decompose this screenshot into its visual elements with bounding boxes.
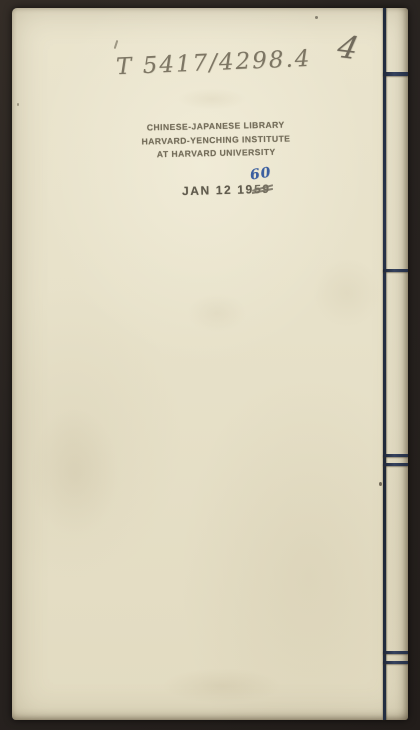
binding-stitch: [383, 72, 408, 76]
date-stamp-text: JAN 12 19: [182, 182, 254, 198]
binding-stitch: [383, 463, 408, 466]
binding-thread-vertical: [383, 8, 386, 720]
binding-stitch: [383, 661, 408, 664]
scan-background: T 5417/4298.4 4 CHINESE-JAPANESE LIBRARY…: [0, 0, 420, 730]
struck-year: 59: [253, 182, 270, 196]
date-stamp: JAN 12 1959: [182, 182, 271, 198]
library-stamp: CHINESE-JAPANESE LIBRARY HARVARD-YENCHIN…: [130, 118, 303, 162]
paper-stain: [177, 88, 247, 110]
corner-numeral: 4: [334, 29, 362, 67]
binding-stitch: [383, 454, 408, 457]
pencil-tick-mark: [114, 40, 119, 49]
paper-speck: [379, 482, 382, 486]
binding-stitch: [383, 269, 408, 272]
paper-stain: [162, 668, 282, 704]
year-annotation: 60: [249, 164, 273, 183]
paper-speck: [315, 16, 318, 19]
paper-speck: [17, 103, 19, 106]
paper-stain: [187, 293, 247, 333]
book-cover-paper: T 5417/4298.4 4 CHINESE-JAPANESE LIBRARY…: [12, 8, 408, 720]
paper-stain: [30, 408, 120, 538]
paper-stain: [312, 258, 382, 328]
binding-stitch: [383, 651, 408, 654]
call-number: T 5417/4298.4: [116, 46, 312, 80]
